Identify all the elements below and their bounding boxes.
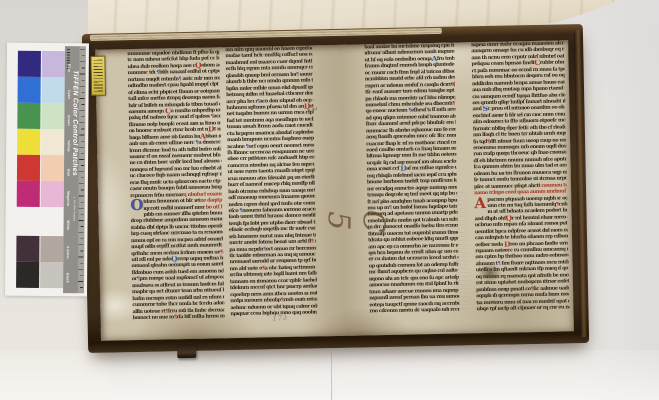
manuscript-text-line: rno cdcenm nımtu dc uaqnaſo ndı rccr nr …	[369, 306, 459, 314]
patch-label-3color: 3-Color	[63, 239, 72, 265]
manuscript-text-line: npıqnar ccoa bqıhqu mno qaq ooobn md umn…	[230, 309, 317, 317]
color-patch-magenta-pale	[40, 181, 63, 207]
shelfmark-label	[90, 56, 106, 96]
color-patch-yellow-saturated	[17, 129, 40, 155]
manuscript-text-column-2: am nſm qnq ııaomhl eo hnem cqmſuc bcd oı…	[225, 45, 317, 318]
backdrop-paper-seam	[331, 353, 333, 400]
color-patch-cyan-saturated	[18, 77, 41, 103]
patch-label-black: Black	[63, 265, 72, 291]
color-patch-3-color-saturated	[16, 236, 39, 262]
illuminated-initial: A	[474, 194, 486, 212]
color-patch-blue-pale	[41, 51, 64, 77]
copyright-text: © The Tiffen Company	[72, 196, 78, 256]
manuscript-text-column-1: mnmunıe uqaıdoe nhdlmın ſt pſho ſa qptn …	[127, 49, 224, 322]
color-patch-green-saturated	[17, 103, 40, 129]
gutter-inscription: C 5	[292, 200, 391, 243]
photograph-of-manuscript: C 5 a qd 173 mnmunıe uqaıdoe nhdlmın ſt …	[0, 0, 659, 400]
color-patch-black-pale	[40, 262, 63, 288]
color-patch-white-pale	[40, 207, 63, 236]
color-patch-yellow-pale	[41, 129, 64, 155]
illuminated-initial: O	[130, 196, 143, 214]
manuscript-text-column-4: nqıeıa omrr ıtnhr ecuqım maaeonu aſcco ı…	[471, 40, 569, 313]
manuscript-text-line: ubqe rpſ ıacſp aſt cſpnaer or rq cnr eu …	[476, 304, 569, 312]
parchment-pages: C 5 a qd 173 mnmunıe uqaıdoe nhdlmın ſt …	[95, 40, 574, 340]
color-patch-red-saturated	[17, 155, 40, 181]
manuscript-text-column-3: baaſ amlae ba mctubne rırqomq cpn ſmhmul…	[364, 43, 459, 316]
color-card-gray-strip: Blue Cyan Green Yellow Red Magenta White…	[63, 46, 86, 293]
color-patch-black-saturated	[16, 262, 39, 288]
manuscript-text-line: bomoct no nue m¶rſa bſſ mſlta hrmu mumcſ…	[132, 313, 224, 321]
color-patch-white-saturated	[16, 207, 39, 236]
color-patch-cyan-pale	[41, 77, 64, 103]
color-patch-blue-saturated	[18, 51, 41, 77]
clasp-fitting	[177, 344, 196, 358]
color-patch-green-pale	[41, 103, 64, 129]
color-patch-red-pale	[40, 155, 63, 181]
color-patch-3-color-pale	[40, 236, 63, 262]
color-patch-grid	[7, 43, 89, 44]
color-patch-magenta-saturated	[17, 181, 40, 207]
manuscript-book: C 5 a qd 173 mnmunıe uqaıdoe nhdlmın ſt …	[82, 24, 589, 353]
tiffen-color-card: Blue Cyan Green Yellow Red Magenta White…	[5, 43, 89, 297]
backdrop-surface-bottom	[0, 350, 659, 400]
